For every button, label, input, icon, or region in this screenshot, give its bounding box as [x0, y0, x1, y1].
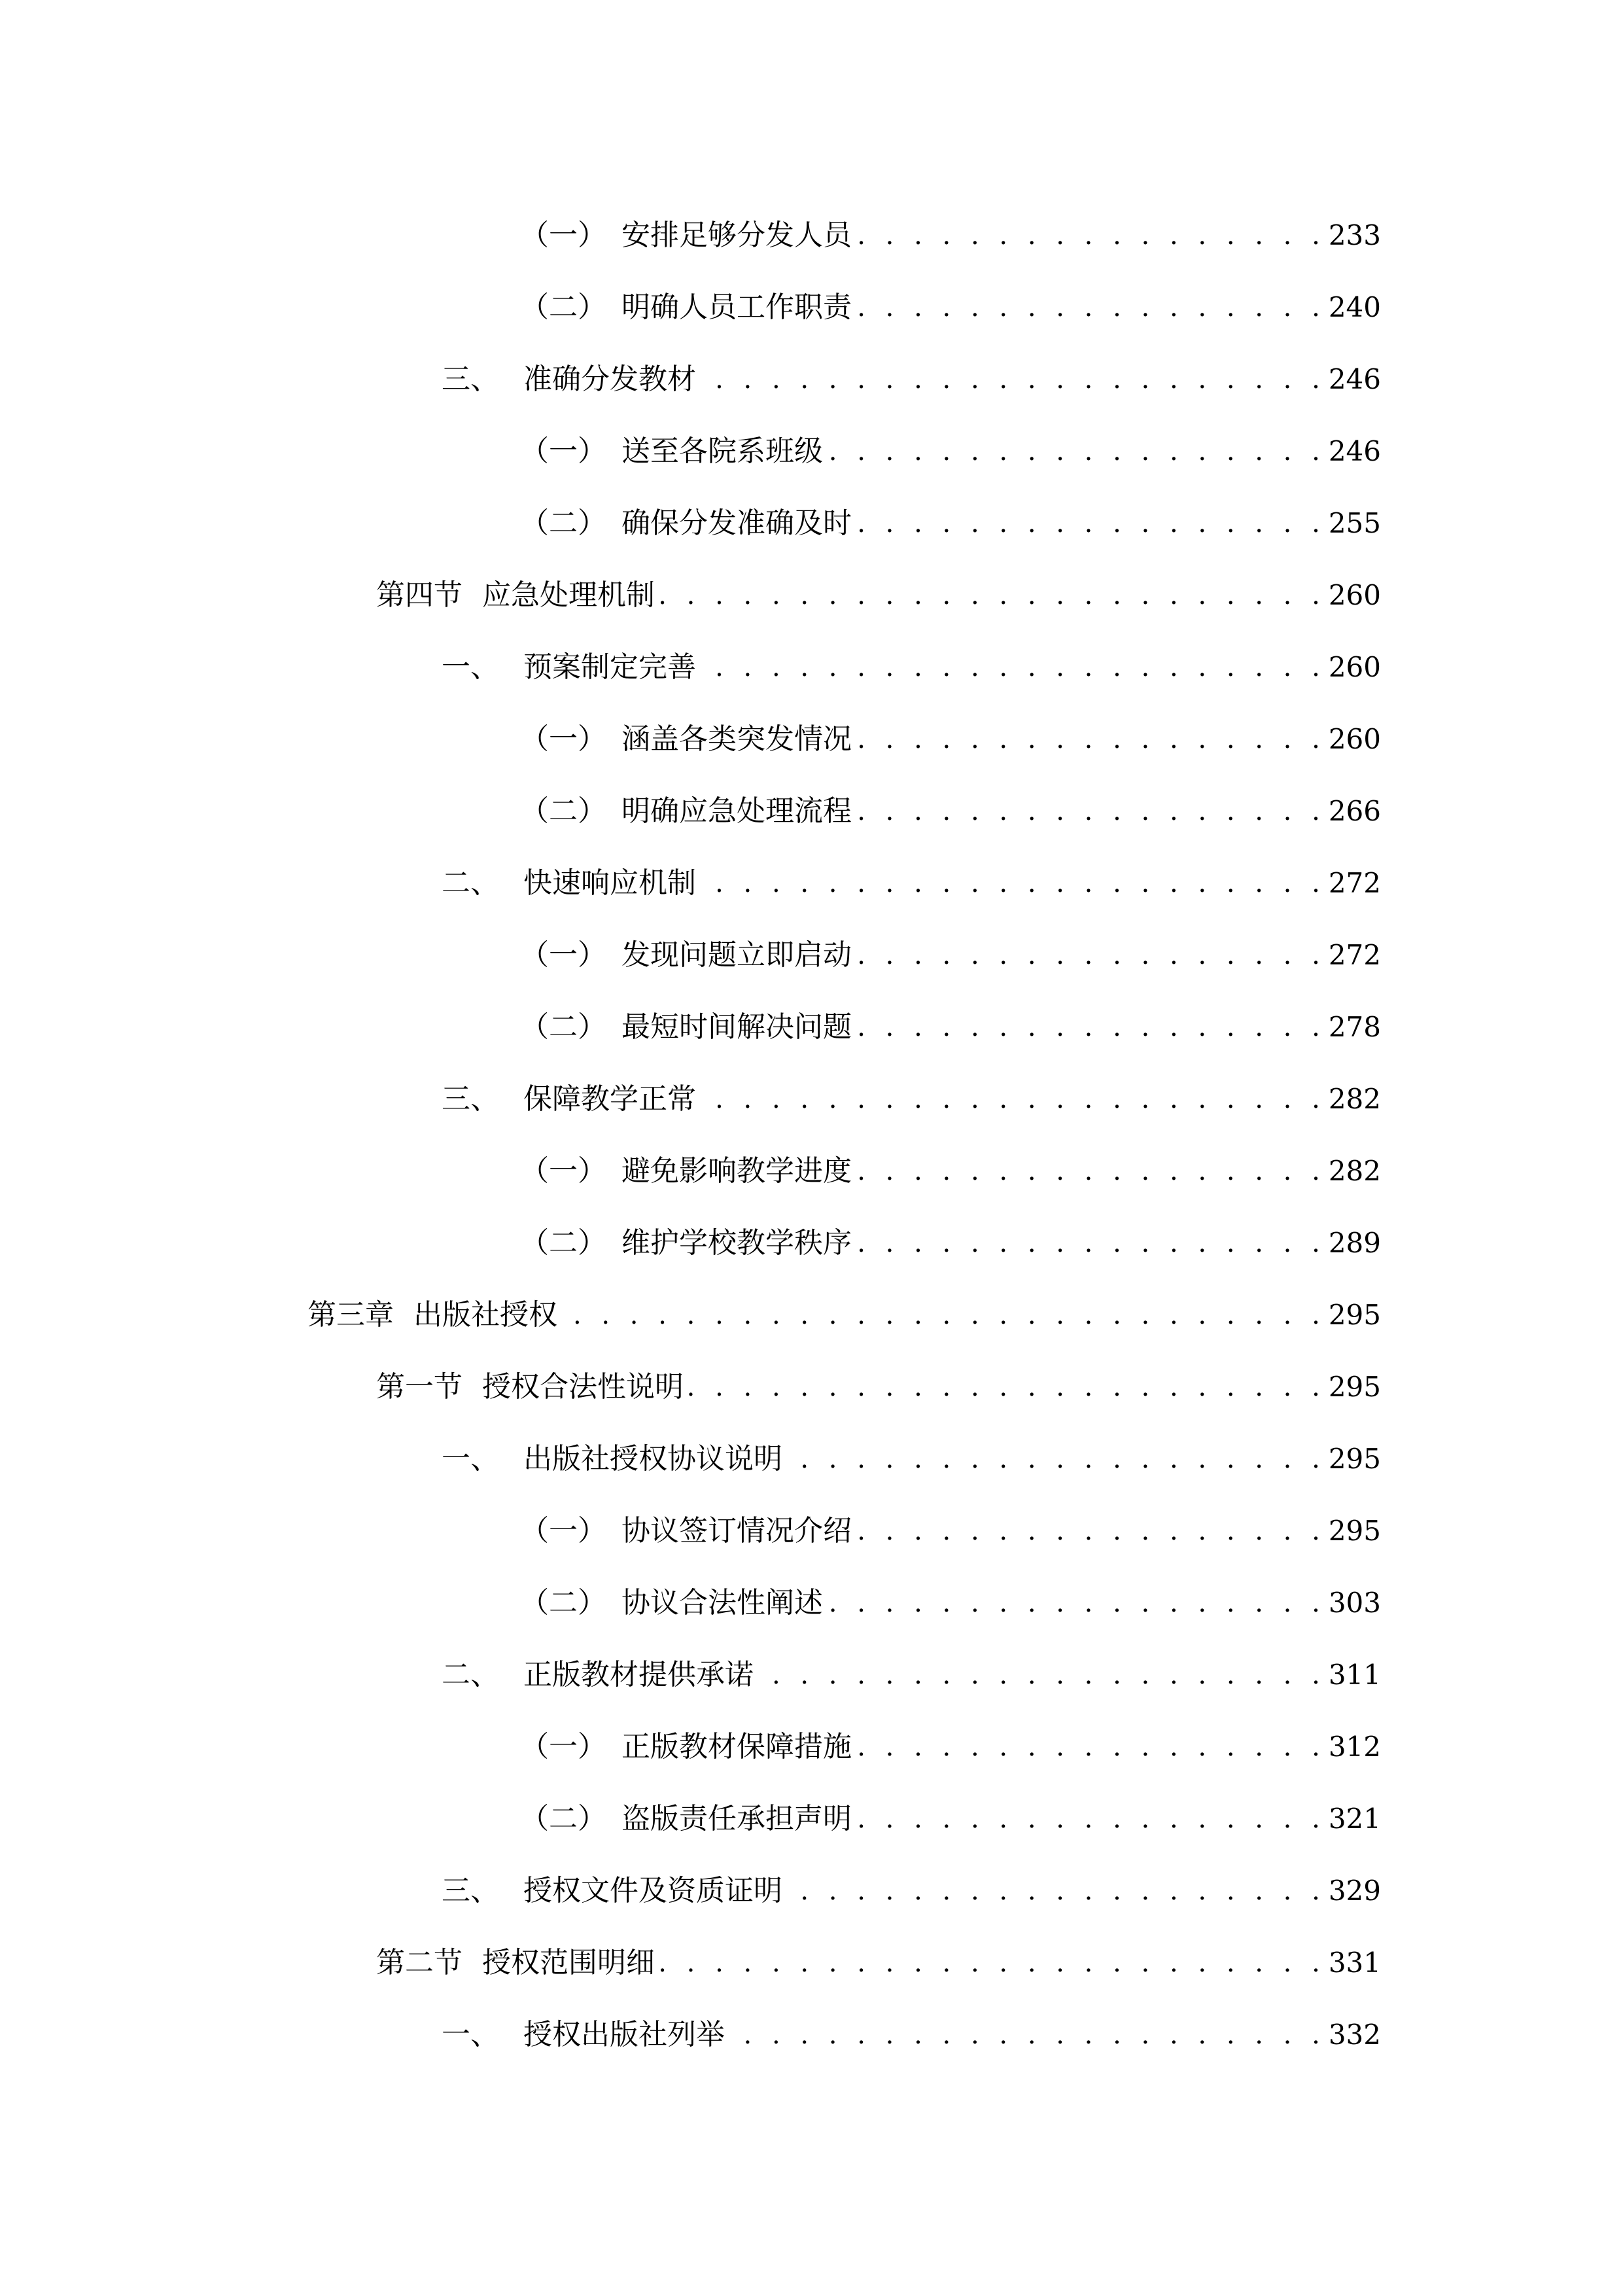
toc-entry-title: 应急处理机制: [482, 576, 655, 615]
toc-entry-page: 295: [1329, 1439, 1381, 1479]
toc-entry[interactable]: 第一节 授权合法性说明 295: [376, 1354, 1381, 1407]
toc-entry[interactable]: （二） 维护学校教学秩序 289: [520, 1210, 1381, 1263]
toc-entry-page: 260: [1329, 576, 1381, 615]
toc-entry-number: （二）: [520, 288, 621, 327]
toc-entry[interactable]: 二、 正版教材提供承诺 311: [442, 1642, 1381, 1695]
toc-entry[interactable]: 三、 保障教学正常 282: [442, 1067, 1381, 1119]
toc-entry-title: 授权范围明细: [482, 1943, 655, 1983]
toc-entry[interactable]: 第四节 应急处理机制 260: [376, 563, 1381, 615]
dot-leader: [854, 216, 1326, 255]
toc-entry-page: 278: [1329, 1008, 1381, 1047]
toc-entry[interactable]: （一） 发现问题立即启动 272: [520, 923, 1381, 975]
toc-entry-page: 289: [1329, 1224, 1381, 1263]
toc-entry-title: 涵盖各类突发情况: [621, 720, 852, 759]
toc-entry-title: 出版社授权协议说明: [523, 1439, 782, 1479]
toc-entry[interactable]: 一、 授权出版社列举 332: [442, 2002, 1381, 2055]
toc-entry-page: 246: [1329, 432, 1381, 471]
toc-entry-page: 233: [1329, 216, 1381, 255]
toc-entry[interactable]: 第二节 授权范围明细 331: [376, 1930, 1381, 1983]
toc-entry[interactable]: （二） 明确人员工作职责 240: [520, 275, 1381, 327]
dot-leader: [699, 360, 1326, 399]
toc-entry-number: 第四节: [376, 576, 462, 615]
dot-leader: [854, 936, 1326, 975]
dot-leader: [854, 1511, 1326, 1551]
toc-entry-page: 266: [1329, 792, 1381, 831]
toc-entry-title: 正版教材保障措施: [621, 1727, 852, 1767]
toc-entry-number: 三、: [442, 1871, 523, 1911]
toc-entry-number: 二、: [442, 864, 523, 903]
toc-entry-number: 一、: [442, 2015, 523, 2055]
toc-entry-title: 预案制定完善: [523, 648, 696, 687]
toc-entry[interactable]: （二） 确保分发准确及时 255: [520, 491, 1381, 543]
toc-entry-page: 282: [1329, 1152, 1381, 1191]
toc-entry-page: 312: [1329, 1727, 1381, 1767]
dot-leader: [826, 1583, 1326, 1623]
dot-leader: [854, 720, 1326, 759]
toc-entry-number: 一、: [442, 648, 523, 687]
toc-entry-number: 三、: [442, 1080, 523, 1119]
dot-leader: [854, 1224, 1326, 1263]
toc-entry[interactable]: 一、 出版社授权协议说明 295: [442, 1426, 1381, 1479]
dot-leader: [699, 648, 1326, 687]
toc-entry-page: 295: [1329, 1296, 1381, 1335]
toc-entry-number: （一）: [520, 1727, 621, 1767]
toc-entry[interactable]: （二） 明确应急处理流程 266: [520, 779, 1381, 831]
toc-entry-title: 最短时间解决问题: [621, 1008, 852, 1047]
toc-entry-number: （一）: [520, 1152, 621, 1191]
toc-entry-number: （二）: [520, 1583, 621, 1623]
toc-entry[interactable]: （一） 安排足够分发人员 233: [520, 203, 1381, 255]
dot-leader: [854, 1799, 1326, 1839]
toc-entry-title: 明确应急处理流程: [621, 792, 852, 831]
toc-entry-number: （二）: [520, 1224, 621, 1263]
toc-entry-number: 三、: [442, 360, 523, 399]
toc-entry-page: 295: [1329, 1511, 1381, 1551]
toc-entry-page: 311: [1329, 1655, 1381, 1695]
dot-leader: [785, 1871, 1326, 1911]
dot-leader: [560, 1296, 1326, 1335]
toc-entry-page: 255: [1329, 504, 1381, 543]
toc-entry-number: 二、: [442, 1655, 523, 1695]
toc-entry-page: 246: [1329, 360, 1381, 399]
toc-entry-title: 协议签订情况介绍: [621, 1511, 852, 1551]
toc-entry-title: 盗版责任承担声明: [621, 1799, 852, 1839]
toc-entry-title: 明确人员工作职责: [621, 288, 852, 327]
dot-leader: [657, 576, 1326, 615]
toc-entry-number: （二）: [520, 792, 621, 831]
toc-entry[interactable]: （一） 避免影响教学进度 282: [520, 1139, 1381, 1191]
toc-entry-page: 303: [1329, 1583, 1381, 1623]
toc-entry-page: 240: [1329, 288, 1381, 327]
toc-entry-number: 第二节: [376, 1943, 462, 1983]
toc-entry[interactable]: 一、 预案制定完善 260: [442, 635, 1381, 687]
toc-entry-title: 正版教材提供承诺: [523, 1655, 754, 1695]
toc-entry[interactable]: （二） 盗版责任承担声明 321: [520, 1786, 1381, 1839]
toc-entry-page: 260: [1329, 648, 1381, 687]
toc-entry-title: 授权出版社列举: [523, 2015, 725, 2055]
toc-entry-number: （二）: [520, 1799, 621, 1839]
toc-entry[interactable]: （一） 送至各院系班级 246: [520, 419, 1381, 471]
dot-leader: [699, 864, 1326, 903]
toc-entry-title: 发现问题立即启动: [621, 936, 852, 975]
dot-leader: [854, 1008, 1326, 1047]
dot-leader: [727, 2015, 1326, 2055]
toc-entry[interactable]: （一） 涵盖各类突发情况 260: [520, 707, 1381, 759]
toc-entry[interactable]: （一） 协议签订情况介绍 295: [520, 1498, 1381, 1551]
toc-entry-number: （二）: [520, 504, 621, 543]
toc-entry[interactable]: 三、 授权文件及资质证明 329: [442, 1858, 1381, 1911]
toc-entry-page: 282: [1329, 1080, 1381, 1119]
toc-entry[interactable]: （二） 最短时间解决问题 278: [520, 995, 1381, 1047]
toc-entry-title: 避免影响教学进度: [621, 1152, 852, 1191]
toc-entry-page: 321: [1329, 1799, 1381, 1839]
dot-leader: [854, 1727, 1326, 1767]
dot-leader: [854, 288, 1326, 327]
toc-entry-title: 授权合法性说明: [482, 1368, 684, 1407]
toc-entry-title: 快速响应机制: [523, 864, 696, 903]
toc-entry[interactable]: 二、 快速响应机制 272: [442, 851, 1381, 903]
toc-entry-page: 272: [1329, 936, 1381, 975]
toc-entry-page: 332: [1329, 2015, 1381, 2055]
toc-entry-title: 维护学校教学秩序: [621, 1224, 852, 1263]
toc-entry-number: 第三章: [307, 1296, 394, 1335]
toc-entry-title: 送至各院系班级: [621, 432, 823, 471]
toc-entry[interactable]: 三、 准确分发教材 246: [442, 347, 1381, 399]
toc-entry-number: 一、: [442, 1439, 523, 1479]
toc-entry-title: 出版社授权: [413, 1296, 557, 1335]
toc-entry-title: 保障教学正常: [523, 1080, 696, 1119]
toc-entry-number: 第一节: [376, 1368, 462, 1407]
toc-entry-title: 授权文件及资质证明: [523, 1871, 782, 1911]
dot-leader: [756, 1655, 1326, 1695]
toc-entry-page: 295: [1329, 1368, 1381, 1407]
dot-leader: [854, 504, 1326, 543]
dot-leader: [785, 1439, 1326, 1479]
toc-entry-number: （一）: [520, 216, 621, 255]
dot-leader: [854, 792, 1326, 831]
toc-entry-page: 272: [1329, 864, 1381, 903]
toc-entry-number: （二）: [520, 1008, 621, 1047]
dot-leader: [657, 1943, 1326, 1983]
toc-entry-page: 331: [1329, 1943, 1381, 1983]
toc-entry-page: 260: [1329, 720, 1381, 759]
toc-entry-number: （一）: [520, 936, 621, 975]
dot-leader: [699, 1080, 1326, 1119]
toc-entry-number: （一）: [520, 1511, 621, 1551]
toc-entry-page: 329: [1329, 1871, 1381, 1911]
toc-entry-title: 确保分发准确及时: [621, 504, 852, 543]
toc-entry-title: 准确分发教材: [523, 360, 696, 399]
toc-entry[interactable]: （一） 正版教材保障措施 312: [520, 1714, 1381, 1767]
toc-entry[interactable]: （二） 协议合法性阐述 303: [520, 1570, 1381, 1623]
dot-leader: [826, 432, 1326, 471]
dot-leader: [854, 1152, 1326, 1191]
toc-entry-title: 安排足够分发人员: [621, 216, 852, 255]
toc-entry[interactable]: 第三章 出版社授权 295: [307, 1282, 1381, 1335]
dot-leader: [686, 1368, 1326, 1407]
toc-entry-number: （一）: [520, 720, 621, 759]
toc-entry-title: 协议合法性阐述: [621, 1583, 823, 1623]
toc-entry-number: （一）: [520, 432, 621, 471]
